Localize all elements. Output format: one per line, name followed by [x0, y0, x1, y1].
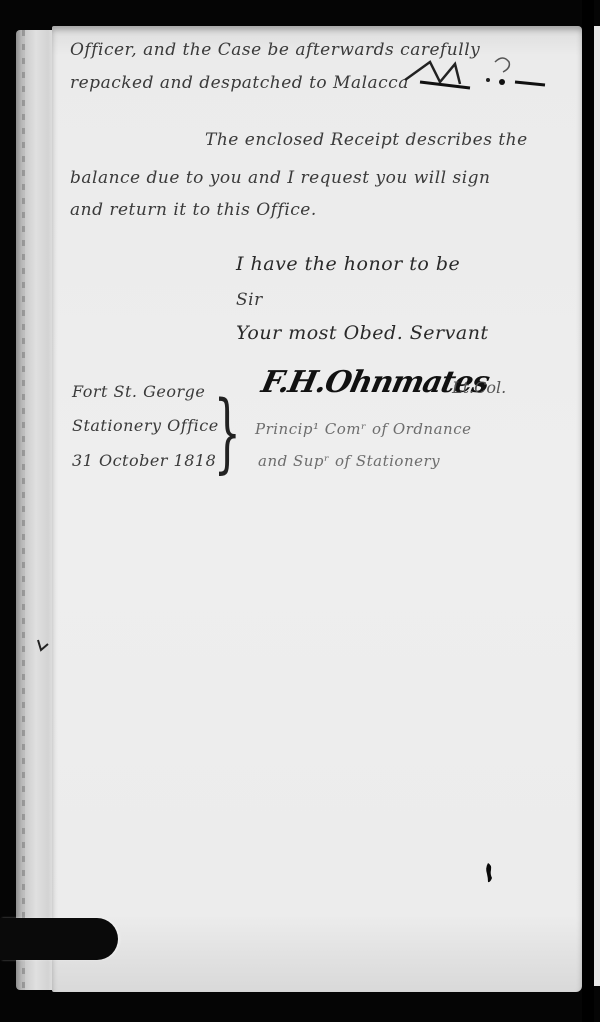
body-line-2: repacked and despatched to Malacca — [70, 73, 409, 93]
signer-title-line-1: Princip¹ Comʳ of Ordnance — [255, 420, 471, 438]
scanned-document: Officer, and the Case be afterwards care… — [0, 0, 600, 1022]
ink-scribble-icon — [400, 52, 560, 92]
place-line-1: Fort St. George — [72, 382, 205, 401]
closing-line-2: Sir — [236, 290, 263, 310]
page-gutter — [582, 0, 594, 1022]
brace-mark: } — [214, 390, 241, 476]
signature-rank: Lt.Col. — [452, 378, 506, 397]
body-line-4: balance due to you and I request you wil… — [70, 168, 490, 188]
ink-blot-icon — [485, 862, 493, 884]
margin-tick-icon — [36, 638, 50, 652]
closing-line-1: I have the honor to be — [236, 253, 460, 275]
body-line-3: The enclosed Receipt describes the — [205, 130, 528, 150]
signer-title-line-2: and Supʳ of Stationery — [258, 452, 440, 470]
book-binding-edge — [16, 30, 56, 990]
adjacent-page-edge — [594, 26, 600, 986]
body-line-5: and return it to this Office. — [70, 200, 317, 220]
closing-line-3: Your most Obed. Servant — [236, 322, 489, 344]
date-line: 31 October 1818 — [72, 451, 216, 470]
page-clip-holder — [0, 918, 118, 960]
place-line-2: Stationery Office — [72, 416, 219, 435]
